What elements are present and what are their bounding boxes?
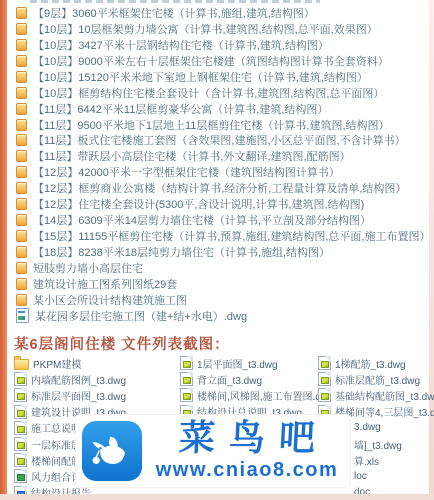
document-link[interactable]: 【11层】9500平米地下1层地上11层框剪住宅楼（计算书,建筑图,结构图） [33,117,390,133]
document-link[interactable]: 建筑设计施工图系列图纸29套 [33,276,177,292]
list-item[interactable]: 【15层】11155平框剪住宅楼（计算书,预算,施组,建筑结构图,总平面,施工布… [16,228,430,244]
list-item[interactable]: 【10层】15120平米米地下室地上钢框架住宅（计算书,建筑,结构图） [16,69,430,85]
dwg-file-icon [180,388,193,402]
file-grid-row: 标准层平面图_t3.dwg楼梯间,风梯图,施工布置图.dwg基础结构配筋图_t3… [14,387,434,403]
file-item[interactable]: 1层平面图_t3.dwg [180,356,318,371]
dwg-file-icon [14,437,27,451]
list-item[interactable]: 【11层】带跃层小高层住宅楼（计算书,外文翻译,建筑图,配筋图） [16,148,430,164]
file-grid-row: 内墙配筋图例_t3.dwg背立面_t3.dwg标准层配筋_t3.dwg [14,371,434,387]
document-link[interactable]: 【10层】框剪结构住宅楼全套设计（含计算书,建筑图,结构图,总平面图） [33,85,384,101]
watermark-url: www.cniao8.com [156,459,339,482]
document-link[interactable]: 【11层】6442平米11层框剪豪华公寓（计算书,建筑,结构图） [33,101,328,117]
document-link[interactable]: 【10层】10层框架剪力墙公寓（计算书,建筑图,结构图,总平面,效果图） [33,21,378,37]
list-item[interactable]: 建筑设计施工图系列图纸29套 [16,276,430,292]
attachment-bullet-icon [16,134,27,146]
attachment-bullet-icon [16,119,27,131]
watermark-site-name: 菜鸟吧 [164,420,330,456]
page: 【9层】3060平米框架住宅楼（计算书,施组,建筑,结构图）【10层】10层框架… [0,0,434,500]
attachment-bullet-icon [16,214,27,226]
attachment-bullet-icon [16,198,27,210]
file-item[interactable]: 1梯配筋_t3.dwg [318,356,434,371]
attachment-bullet-icon [16,262,27,274]
document-link[interactable]: 【11层】板式住宅楼施工套图（含效果图,建施图,小区总平面图,不含计算书） [33,132,406,148]
document-link[interactable]: 【12层】42000平米一字型框架住宅楼（建筑图结构图计算书） [33,164,340,180]
file-name: 内墙配筋图例_t3.dwg [31,372,126,387]
list-item[interactable]: 某小区会所设计结构建筑施工图 [16,292,430,308]
list-item[interactable]: 【18层】8238平米18层纯剪力墙住宅（计算书,施组,结构图） [16,244,430,260]
document-link[interactable]: 【15层】11155平框剪住宅楼（计算书,预算,施组,建筑结构图,总平面,施工布… [33,228,430,244]
list-item[interactable]: 【11层】9500平米地下1层地上11层框剪住宅楼（计算书,建筑图,结构图） [16,117,430,133]
attachment-bullet-icon [16,246,27,258]
bottom-border-stripe [0,494,434,500]
watermark-text: 菜鸟吧 www.cniao8.com [150,420,344,482]
dwg-file-icon [14,421,27,435]
document-link[interactable]: 【10层】3427平米十层钢结构住宅楼（计算书,建筑,结构图） [33,37,329,53]
attachment-bullet-icon [16,150,27,162]
attachment-bullet-icon [16,23,27,35]
list-item[interactable]: 【10层】9000平米左右十层框架住宅楼建（筑图结构图计算书全套资料） [16,53,430,69]
dwg-file-icon [16,308,29,323]
document-link[interactable]: 【18层】8238平米18层纯剪力墙住宅（计算书,施组,结构图） [33,244,330,260]
list-item[interactable]: 某花园多层住宅施工图（建+结+水电）.dwg [16,308,430,324]
attachment-bullet-icon [16,166,27,178]
file-name: 算.xls [354,453,379,468]
dwg-file-icon [14,388,27,402]
section-heading: 某6层阁间住楼 文件列表截图： [14,333,230,354]
list-item[interactable]: 【11层】板式住宅楼施工套图（含效果图,建施图,小区总平面图,不含计算书） [16,133,430,149]
file-name: PKPM建模 [33,356,81,371]
file-name: loc [354,471,367,482]
file-item[interactable]: 背立面_t3.dwg [180,372,318,387]
document-link[interactable]: 【14层】6309平米14层剪力墙住宅楼（计算书,平立剖及部分结构图） [33,212,371,228]
file-item[interactable]: 标准层配筋_t3.dwg [318,372,434,387]
file-name: 1层平面图_t3.dwg [197,356,278,371]
list-item[interactable]: 短肢剪力墙小高层住宅 [16,260,430,276]
dwg-file-icon [318,388,331,402]
attachment-bullet-icon [16,294,27,306]
dwg-file-icon [14,405,27,419]
attachment-bullet-icon [16,71,27,83]
file-name: 3.dwg [354,422,381,433]
xls-file-icon [14,469,27,483]
attachment-bullet-icon [16,39,27,51]
folder-icon [14,359,29,370]
list-item[interactable]: 【9层】3060平米框架住宅楼（计算书,施组,建筑,结构图） [16,5,430,21]
document-link[interactable]: 【11层】带跃层小高层住宅楼（计算书,外文翻译,建筑图,配筋图） [33,148,351,164]
document-link[interactable]: 【10层】15120平米米地下室地上钢框架住宅（计算书,建筑,结构图） [33,69,368,85]
attachment-bullet-icon [16,230,27,242]
file-name: 标准层配筋_t3.dwg [335,372,420,387]
file-name: 楼梯间,风梯图,施工布置图.dwg [197,388,318,403]
attachment-bullet-icon [16,55,27,67]
file-name: 标准层平面图_t3.dwg [31,388,126,403]
list-item[interactable]: 【10层】10层框架剪力墙公寓（计算书,建筑图,结构图,总平面,效果图） [16,21,430,37]
document-link[interactable]: 某花园多层住宅施工图（建+结+水电）.dwg [35,308,247,324]
dwg-file-icon [14,372,27,386]
file-name: 基础结构配筋图_t3.dwg [335,388,434,403]
file-name: 背立面_t3.dwg [197,372,262,387]
list-item[interactable]: 【10层】3427平米十层钢结构住宅楼（计算书,建筑,结构图） [16,37,430,53]
document-link[interactable]: 短肢剪力墙小高层住宅 [33,260,143,276]
dwg-file-icon [14,453,27,467]
attachment-bullet-icon [16,7,27,19]
list-item[interactable]: 【12层】住宅楼全套设计(5300平,含设计说明,计算书,建筑图,结构图) [16,196,430,212]
file-item[interactable]: 楼梯间,风梯图,施工布置图.dwg [180,388,318,403]
list-item[interactable]: 【12层】42000平米一字型框架住宅楼（建筑图结构图计算书） [16,164,430,180]
list-item[interactable]: 【12层】框剪商业公寓楼（结构计算书,经济分析,工程量计算及清单,结构图） [16,180,430,196]
dwg-file-icon [180,372,193,386]
document-link[interactable]: 某小区会所设计结构建筑施工图 [33,292,187,308]
file-item[interactable]: 标准层平面图_t3.dwg [14,388,180,403]
file-item[interactable]: PKPM建模 [14,356,180,371]
watermark: 菜鸟吧 www.cniao8.com [75,414,351,488]
attachment-bullet-icon [16,103,27,115]
cniao8-logo-icon [82,421,142,481]
document-link[interactable]: 【10层】9000平米左右十层框架住宅楼建（筑图结构图计算书全套资料） [33,53,389,69]
file-item[interactable]: 基础结构配筋图_t3.dwg [318,388,434,403]
document-link[interactable]: 【12层】住宅楼全套设计(5300平,含设计说明,计算书,建筑图,结构图) [33,196,364,212]
left-border-stripe [0,0,7,500]
list-item[interactable]: 【10层】框剪结构住宅楼全套设计（含计算书,建筑图,结构图,总平面图） [16,85,430,101]
file-name: 1梯配筋_t3.dwg [335,356,406,371]
document-list: 【9层】3060平米框架住宅楼（计算书,施组,建筑,结构图）【10层】10层框架… [16,5,430,324]
file-grid-row: PKPM建模1层平面图_t3.dwg1梯配筋_t3.dwg [14,355,434,371]
file-name: 墙]_t3.dwg [354,437,402,452]
document-link[interactable]: 【9层】3060平米框架住宅楼（计算书,施组,建筑,结构图） [33,5,315,21]
list-item[interactable]: 【11层】6442平米11层框剪豪华公寓（计算书,建筑,结构图） [16,101,430,117]
attachment-bullet-icon [16,182,27,194]
file-item[interactable]: 内墙配筋图例_t3.dwg [14,372,180,387]
dwg-file-icon [318,356,331,370]
attachment-bullet-icon [16,278,27,290]
attachment-bullet-icon [16,87,27,99]
list-item[interactable]: 【14层】6309平米14层剪力墙住宅楼（计算书,平立剖及部分结构图） [16,212,430,228]
document-link[interactable]: 【12层】框剪商业公寓楼（结构计算书,经济分析,工程量计算及清单,结构图） [33,180,406,196]
dwg-file-icon [180,356,193,370]
truncated-row [30,0,320,3]
dwg-file-icon [318,372,331,386]
